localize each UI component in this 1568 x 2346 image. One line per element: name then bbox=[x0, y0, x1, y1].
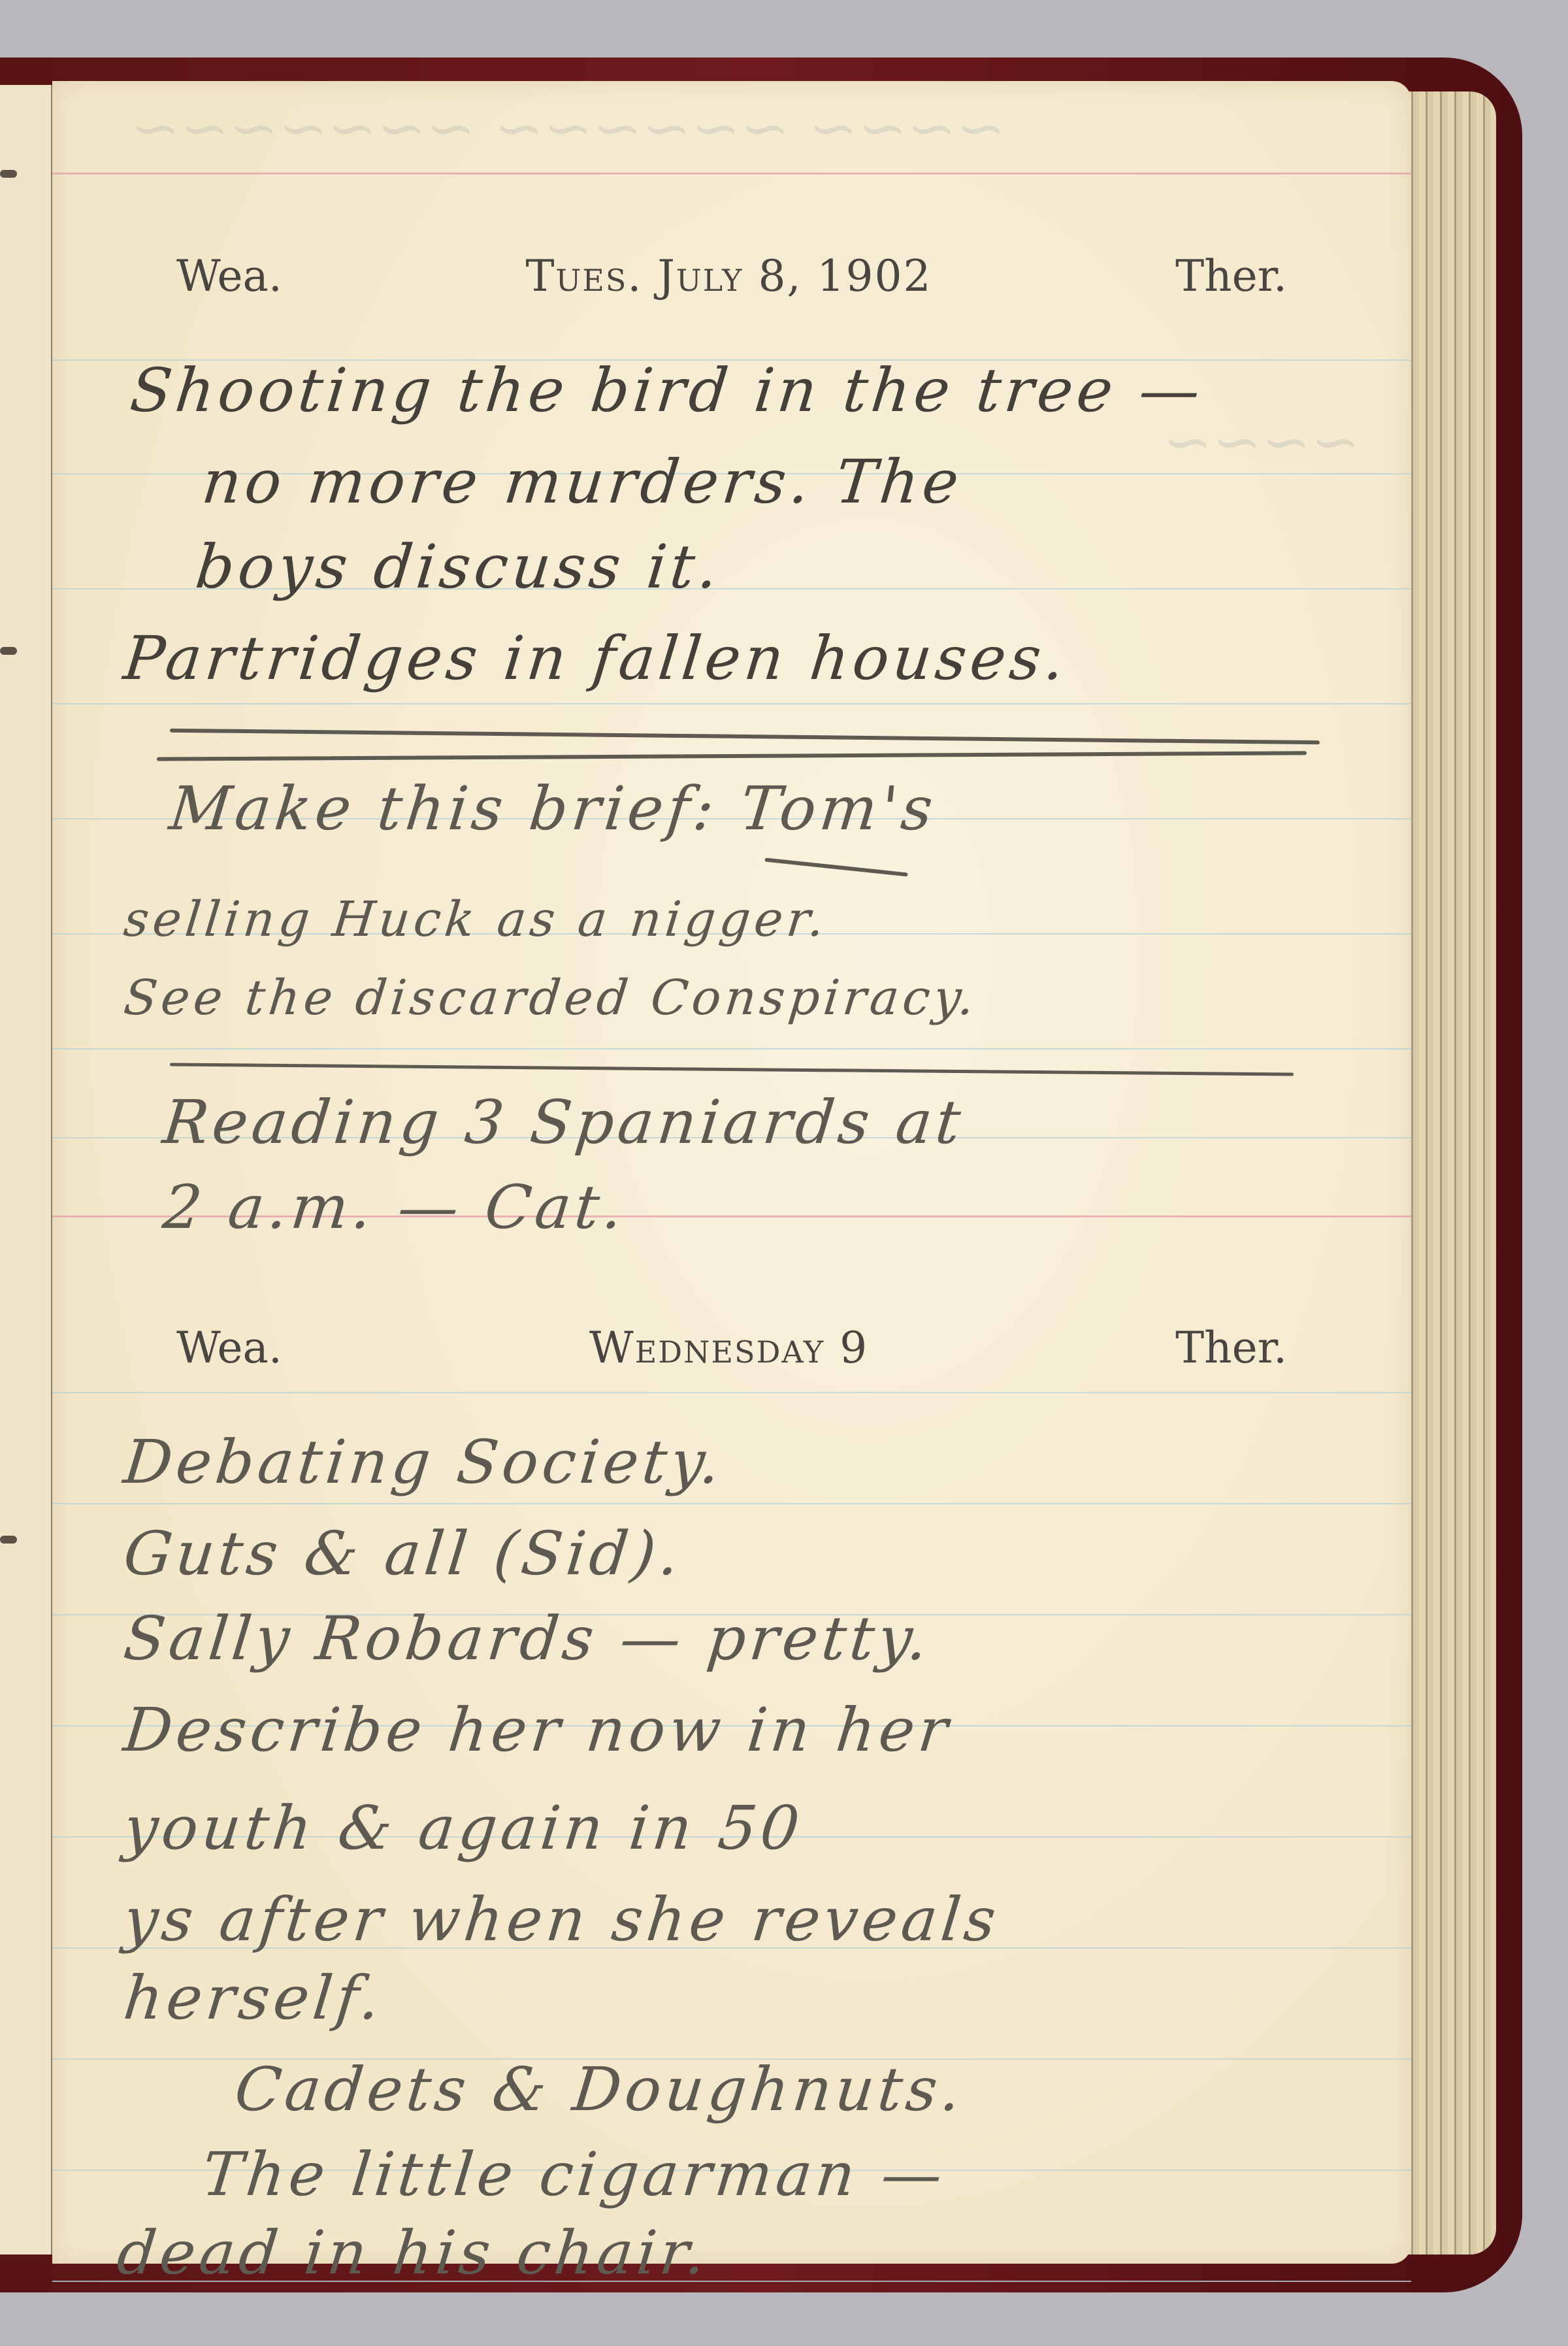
handwritten-line: boys discuss it. bbox=[192, 532, 725, 602]
handwritten-line: 2 a.m. — Cat. bbox=[159, 1172, 630, 1242]
double-rule-top bbox=[170, 729, 1320, 744]
handwritten-line: Cadets & Doughnuts. bbox=[231, 2055, 968, 2124]
thermometer-label: Ther. bbox=[1175, 1323, 1287, 1373]
handwritten-line: Debating Society. bbox=[120, 1427, 727, 1497]
handwritten-line: Guts & all (Sid). bbox=[120, 1519, 686, 1589]
separator-rule bbox=[170, 1063, 1294, 1076]
handwritten-line: youth & again in 50 bbox=[120, 1793, 806, 1863]
entry-header: Wea. Wednesday 9 Ther. bbox=[176, 1323, 1287, 1373]
handwritten-line: selling Huck as a nigger. bbox=[121, 891, 830, 948]
stitch-mark bbox=[0, 170, 17, 178]
underline-brief bbox=[764, 858, 907, 877]
handwritten-line: herself. bbox=[120, 1963, 387, 2033]
handwritten-line: The little cigarman — bbox=[199, 2139, 949, 2209]
red-rule bbox=[52, 173, 1411, 174]
handwritten-line: Partridges in fallen houses. bbox=[120, 623, 1071, 693]
page-edges bbox=[1405, 91, 1496, 2255]
left-page-strip bbox=[0, 85, 53, 2255]
entry-date: Wednesday 9 bbox=[589, 1323, 868, 1373]
entry-date: Tues. July 8, 1902 bbox=[526, 251, 932, 301]
handwritten-line: Make this brief: Tom's bbox=[166, 774, 939, 844]
stitch-mark bbox=[0, 1536, 17, 1544]
entry-header: Wea. Tues. July 8, 1902 Ther. bbox=[176, 251, 1287, 301]
bleed-through: ~~~~ ~~~~~~ ~~~~~~~ bbox=[131, 94, 1005, 163]
handwritten-line: ys after when she reveals bbox=[120, 1885, 1003, 1955]
rule-line bbox=[52, 1392, 1411, 1393]
stitch-mark bbox=[0, 647, 17, 655]
handwritten-line: Sally Robards — pretty. bbox=[120, 1604, 934, 1674]
handwritten-line: Reading 3 Spaniards at bbox=[159, 1087, 968, 1157]
double-rule-bottom bbox=[157, 751, 1307, 761]
weather-label: Wea. bbox=[176, 1323, 282, 1373]
rule-line bbox=[52, 1503, 1411, 1504]
rule-line bbox=[52, 1048, 1411, 1049]
handwritten-line: Shooting the bird in the tree — bbox=[127, 355, 1207, 425]
handwritten-line: dead in his chair. bbox=[114, 2218, 713, 2288]
handwritten-line: See the discarded Conspiracy. bbox=[121, 970, 981, 1026]
diary-page: ~~~~ ~~~~~~ ~~~~~~~ ~~~~ Wea. Tues. July… bbox=[52, 81, 1411, 2264]
thermometer-label: Ther. bbox=[1175, 251, 1287, 301]
handwritten-line: no more murders. The bbox=[199, 447, 966, 517]
handwritten-line: Describe her now in her bbox=[120, 1695, 955, 1765]
weather-label: Wea. bbox=[176, 251, 282, 301]
rule-line bbox=[52, 703, 1411, 704]
